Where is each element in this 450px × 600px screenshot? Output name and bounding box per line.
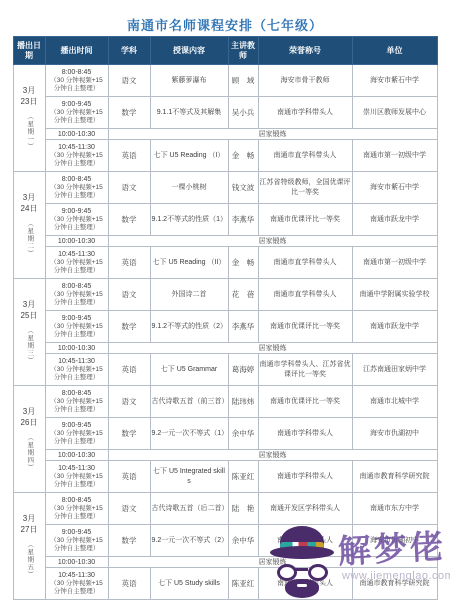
time-range: 10:45-11:30 — [47, 571, 107, 580]
date-day: 26日 — [21, 418, 38, 429]
table-row: 3月 24日 （星期二） 8:00-8:45 （30 分钟视频+15 分钟自主整… — [13, 172, 437, 204]
content-cell: 七下 U5 Study skills — [150, 568, 228, 600]
time-cell: 10:00-10:30 — [45, 557, 108, 568]
time-note: （30 分钟视频+15 分钟自主整理） — [47, 152, 107, 168]
table-row: 10:45-11:30 （30 分钟视频+15 分钟自主整理） 英语 七下 U5… — [13, 461, 437, 493]
date-day: 23日 — [21, 97, 38, 108]
unit-cell: 南通市教育科学研究院 — [352, 568, 437, 600]
unit-cell: 南通中学附属实验学校 — [352, 279, 437, 311]
time-cell: 10:00-10:30 — [45, 343, 108, 354]
time-range: 10:45-11:30 — [47, 357, 107, 366]
unit-cell: 南通市东方中学 — [352, 493, 437, 525]
honor-cell: 南通市学科带头人 — [258, 568, 352, 600]
subject-cell: 语文 — [108, 172, 150, 204]
table-row: 9:00-9:45 （30 分钟视频+15 分钟自主整理） 数学 9.2一元一次… — [13, 525, 437, 557]
date-cell: 3月 25日 （星期三） — [13, 279, 45, 386]
date-weekday: （星期三） — [25, 327, 33, 365]
date-weekday: （星期四） — [25, 434, 33, 472]
time-cell: 10:45-11:30 （30 分钟视频+15 分钟自主整理） — [45, 140, 108, 172]
subject-cell: 语文 — [108, 493, 150, 525]
table-row: 3月 25日 （星期三） 8:00-8:45 （30 分钟视频+15 分钟自主整… — [13, 279, 437, 311]
exercise-row: 10:00-10:30 居家锻炼 — [13, 343, 437, 354]
honor-cell: 南通市学科带头人 — [258, 461, 352, 493]
honor-cell: 南通市优课评比一等奖 — [258, 386, 352, 418]
subject-cell: 数学 — [108, 311, 150, 343]
time-cell: 10:45-11:30 （30 分钟视频+15 分钟自主整理） — [45, 247, 108, 279]
subject-cell: 英语 — [108, 354, 150, 386]
exercise-row: 10:00-10:30 居家锻炼 — [13, 557, 437, 568]
teacher-cell: 陆玮炜 — [228, 386, 258, 418]
time-range: 8:00-8:45 — [47, 68, 107, 77]
time-cell: 9:00-9:45 （30 分钟视频+15 分钟自主整理） — [45, 525, 108, 557]
unit-cell: 江苏南通田家炳中学 — [352, 354, 437, 386]
teacher-cell: 葛海婷 — [228, 354, 258, 386]
exercise-row: 10:00-10:30 居家锻炼 — [13, 236, 437, 247]
time-cell: 10:00-10:30 — [45, 450, 108, 461]
time-note: （30 分钟视频+15 分钟自主整理） — [47, 398, 107, 414]
teacher-cell: 金 畅 — [228, 140, 258, 172]
time-note: （30 分钟视频+15 分钟自主整理） — [47, 537, 107, 553]
content-cell: 古代诗歌五首（前三首） — [150, 386, 228, 418]
content-cell: 9.1.1不等式及其解集 — [150, 97, 228, 129]
honor-cell: 南通市学科带头人 — [258, 418, 352, 450]
table-row: 9:00-9:45 （30 分钟视频+15 分钟自主整理） 数学 9.1.2不等… — [13, 311, 437, 343]
unit-cell: 南通市北城中学 — [352, 386, 437, 418]
col-header-unit: 单位 — [352, 37, 437, 65]
teacher-cell: 吴小兵 — [228, 97, 258, 129]
honor-cell: 南通市学科带头人 — [258, 97, 352, 129]
subject-cell: 数学 — [108, 97, 150, 129]
col-header-content: 授课内容 — [150, 37, 228, 65]
date-month: 3月 — [21, 86, 38, 97]
table-row: 3月 23日 （星期一） 8:00-8:45 （30 分钟视频+15 分钟自主整… — [13, 65, 437, 97]
time-note: （30 分钟视频+15 分钟自主整理） — [47, 473, 107, 489]
honor-cell: 江苏省特级教师，全国优课评比一等奖 — [258, 172, 352, 204]
time-range: 9:00-9:45 — [47, 421, 107, 430]
content-cell: 9.2一元一次不等式（1） — [150, 418, 228, 450]
subject-cell: 数学 — [108, 418, 150, 450]
content-cell: 9.2一元一次不等式（2） — [150, 525, 228, 557]
content-cell: 9.1.2不等式的性质（2） — [150, 311, 228, 343]
subject-cell: 语文 — [108, 65, 150, 97]
time-range: 8:00-8:45 — [47, 175, 107, 184]
time-range: 10:45-11:30 — [47, 250, 107, 259]
table-row: 9:00-9:45 （30 分钟视频+15 分钟自主整理） 数学 9.1.1不等… — [13, 97, 437, 129]
date-day: 25日 — [21, 311, 38, 322]
honor-cell: 南通市优课评比一等奖 — [258, 311, 352, 343]
unit-cell: 海安市紫石中学 — [352, 172, 437, 204]
time-cell: 10:00-10:30 — [45, 129, 108, 140]
table-row: 10:45-11:30 （30 分钟视频+15 分钟自主整理） 英语 七下 U5… — [13, 140, 437, 172]
table-row: 3月 26日 （星期四） 8:00-8:45 （30 分钟视频+15 分钟自主整… — [13, 386, 437, 418]
time-cell: 9:00-9:45 （30 分钟视频+15 分钟自主整理） — [45, 204, 108, 236]
time-note: （30 分钟视频+15 分钟自主整理） — [47, 430, 107, 446]
exercise-row: 10:00-10:30 居家锻炼 — [13, 450, 437, 461]
col-header-broadcast-date: 播出日期 — [13, 37, 45, 65]
col-header-teacher: 主讲教师 — [228, 37, 258, 65]
table-row: 9:00-9:45 （30 分钟视频+15 分钟自主整理） 数学 9.2一元一次… — [13, 418, 437, 450]
date-weekday: （星期五） — [25, 541, 33, 579]
time-range: 9:00-9:45 — [47, 528, 107, 537]
unit-cell: 南通市跃龙中学 — [352, 311, 437, 343]
time-note: （30 分钟视频+15 分钟自主整理） — [47, 109, 107, 125]
content-cell: 七下 U5 Grammar — [150, 354, 228, 386]
table-row: 9:00-9:45 （30 分钟视频+15 分钟自主整理） 数学 9.1.2不等… — [13, 204, 437, 236]
honor-cell: 南通市优课评比一等奖 — [258, 204, 352, 236]
teacher-cell: 金 畅 — [228, 247, 258, 279]
subject-cell: 英语 — [108, 568, 150, 600]
subject-cell: 语文 — [108, 386, 150, 418]
date-cell: 3月 24日 （星期二） — [13, 172, 45, 279]
time-range: 8:00-8:45 — [47, 496, 107, 505]
col-header-broadcast-time: 播出时间 — [45, 37, 108, 65]
time-cell: 8:00-8:45 （30 分钟视频+15 分钟自主整理） — [45, 493, 108, 525]
date-month: 3月 — [21, 407, 38, 418]
teacher-cell: 顾 域 — [228, 65, 258, 97]
subject-cell: 语文 — [108, 279, 150, 311]
time-cell: 10:45-11:30 （30 分钟视频+15 分钟自主整理） — [45, 354, 108, 386]
time-range: 9:00-9:45 — [47, 100, 107, 109]
honor-cell: 南通开发区学科带头人 — [258, 493, 352, 525]
time-note: （30 分钟视频+15 分钟自主整理） — [47, 184, 107, 200]
time-note: （30 分钟视频+15 分钟自主整理） — [47, 505, 107, 521]
teacher-cell: 余中华 — [228, 418, 258, 450]
time-range: 8:00-8:45 — [47, 282, 107, 291]
teacher-cell: 李燕华 — [228, 204, 258, 236]
time-cell: 8:00-8:45 （30 分钟视频+15 分钟自主整理） — [45, 65, 108, 97]
subject-cell: 数学 — [108, 525, 150, 557]
time-note: （30 分钟视频+15 分钟自主整理） — [47, 366, 107, 382]
content-cell: 七下 U5 Integrated skills — [150, 461, 228, 493]
subject-cell: 英语 — [108, 247, 150, 279]
time-cell: 8:00-8:45 （30 分钟视频+15 分钟自主整理） — [45, 172, 108, 204]
teacher-cell: 李燕华 — [228, 311, 258, 343]
honor-cell: 南通市直学科带头人 — [258, 140, 352, 172]
content-cell: 七下 U5 Reading （II） — [150, 247, 228, 279]
honor-cell: 南通市学科带头人 — [258, 525, 352, 557]
date-weekday: （星期二） — [25, 220, 33, 258]
content-cell: 七下 U5 Reading （I） — [150, 140, 228, 172]
time-note: （30 分钟视频+15 分钟自主整理） — [47, 77, 107, 93]
time-cell: 8:00-8:45 （30 分钟视频+15 分钟自主整理） — [45, 386, 108, 418]
time-range: 8:00-8:45 — [47, 389, 107, 398]
exercise-row: 10:00-10:30 居家锻炼 — [13, 129, 437, 140]
time-range: 9:00-9:45 — [47, 207, 107, 216]
time-range: 10:45-11:30 — [47, 464, 107, 473]
unit-cell: 南通市第一初级中学 — [352, 247, 437, 279]
content-cell: 一棵小桃树 — [150, 172, 228, 204]
date-cell: 3月 27日 （星期五） — [13, 493, 45, 600]
honor-cell: 南通市直学科带头人 — [258, 247, 352, 279]
date-day: 24日 — [21, 204, 38, 215]
unit-cell: 南通市跃龙中学 — [352, 204, 437, 236]
exercise-cell: 居家锻炼 — [108, 343, 437, 354]
teacher-cell: 花 蓓 — [228, 279, 258, 311]
col-header-honor: 荣誉称号 — [258, 37, 352, 65]
content-cell: 紫藤萝瀑布 — [150, 65, 228, 97]
teacher-cell: 陆 艳 — [228, 493, 258, 525]
table-row: 10:45-11:30 （30 分钟视频+15 分钟自主整理） 英语 七下 U5… — [13, 354, 437, 386]
time-cell: 10:00-10:30 — [45, 236, 108, 247]
unit-cell: 海安市紫石中学 — [352, 65, 437, 97]
time-range: 9:00-9:45 — [47, 314, 107, 323]
exercise-cell: 居家锻炼 — [108, 557, 437, 568]
honor-cell: 南通市学科带头人、江苏省优课评比一等奖 — [258, 354, 352, 386]
table-row: 10:45-11:30 （30 分钟视频+15 分钟自主整理） 英语 七下 U5… — [13, 568, 437, 600]
subject-cell: 数学 — [108, 204, 150, 236]
time-cell: 9:00-9:45 （30 分钟视频+15 分钟自主整理） — [45, 97, 108, 129]
exercise-cell: 居家锻炼 — [108, 450, 437, 461]
subject-cell: 英语 — [108, 461, 150, 493]
date-month: 3月 — [21, 300, 38, 311]
date-weekday: （星期一） — [25, 113, 33, 151]
schedule-table: 播出日期 播出时间 学科 授课内容 主讲教师 荣誉称号 单位 3月 23日 （星… — [13, 36, 438, 600]
col-header-subject: 学科 — [108, 37, 150, 65]
time-note: （30 分钟视频+15 分钟自主整理） — [47, 291, 107, 307]
unit-cell: 南通市第一初级中学 — [352, 140, 437, 172]
page-title: 南通市名师课程安排（七年级） — [0, 0, 450, 36]
time-note: （30 分钟视频+15 分钟自主整理） — [47, 259, 107, 275]
teacher-cell: 钱文波 — [228, 172, 258, 204]
teacher-cell: 陈亚红 — [228, 461, 258, 493]
time-note: （30 分钟视频+15 分钟自主整理） — [47, 216, 107, 232]
table-row: 3月 27日 （星期五） 8:00-8:45 （30 分钟视频+15 分钟自主整… — [13, 493, 437, 525]
time-cell: 10:45-11:30 （30 分钟视频+15 分钟自主整理） — [45, 461, 108, 493]
header-row: 播出日期 播出时间 学科 授课内容 主讲教师 荣誉称号 单位 — [13, 37, 437, 65]
time-note: （30 分钟视频+15 分钟自主整理） — [47, 580, 107, 596]
table-row: 10:45-11:30 （30 分钟视频+15 分钟自主整理） 英语 七下 U5… — [13, 247, 437, 279]
honor-cell: 南通市直学科带头人 — [258, 279, 352, 311]
unit-cell: 崇川区教师发展中心 — [352, 97, 437, 129]
date-cell: 3月 23日 （星期一） — [13, 65, 45, 172]
exercise-cell: 居家锻炼 — [108, 129, 437, 140]
time-cell: 10:45-11:30 （30 分钟视频+15 分钟自主整理） — [45, 568, 108, 600]
date-cell: 3月 26日 （星期四） — [13, 386, 45, 493]
teacher-cell: 陈亚红 — [228, 568, 258, 600]
teacher-cell: 余中华 — [228, 525, 258, 557]
time-cell: 9:00-9:45 （30 分钟视频+15 分钟自主整理） — [45, 418, 108, 450]
unit-cell: 海安市仇湖初中 — [352, 525, 437, 557]
content-cell: 古代诗歌五首（后二首） — [150, 493, 228, 525]
unit-cell: 海安市仇湖初中 — [352, 418, 437, 450]
content-cell: 9.1.2不等式的性质（1） — [150, 204, 228, 236]
time-cell: 9:00-9:45 （30 分钟视频+15 分钟自主整理） — [45, 311, 108, 343]
time-cell: 8:00-8:45 （30 分钟视频+15 分钟自主整理） — [45, 279, 108, 311]
date-month: 3月 — [21, 193, 38, 204]
honor-cell: 海安市骨干教师 — [258, 65, 352, 97]
date-day: 27日 — [21, 525, 38, 536]
content-cell: 外国诗二首 — [150, 279, 228, 311]
subject-cell: 英语 — [108, 140, 150, 172]
time-range: 10:45-11:30 — [47, 143, 107, 152]
exercise-cell: 居家锻炼 — [108, 236, 437, 247]
time-note: （30 分钟视频+15 分钟自主整理） — [47, 323, 107, 339]
unit-cell: 南通市教育科学研究院 — [352, 461, 437, 493]
date-month: 3月 — [21, 514, 38, 525]
